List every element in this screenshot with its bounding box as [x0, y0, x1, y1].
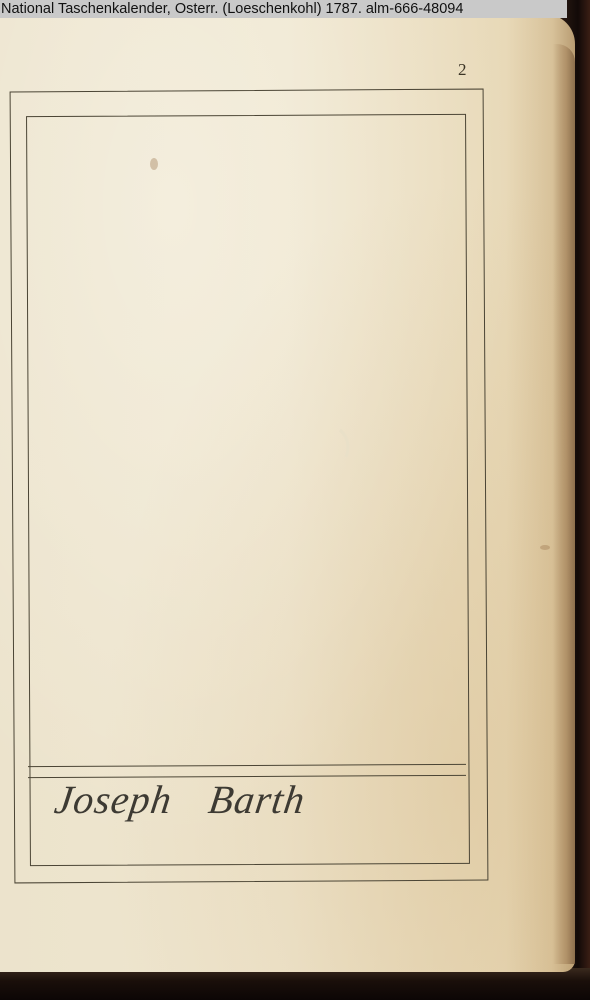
portrait-name-inscription: Joseph Barth [52, 776, 459, 823]
book-bottom-edge [0, 968, 590, 1000]
silhouette-portrait [80, 175, 420, 685]
paper-stain [150, 158, 158, 170]
image-caption: National Taschenkalender, Osterr. (Loesc… [0, 0, 567, 18]
page-fore-edge [553, 44, 575, 964]
paper-stain [540, 545, 550, 550]
page-number: 2 [458, 60, 467, 80]
